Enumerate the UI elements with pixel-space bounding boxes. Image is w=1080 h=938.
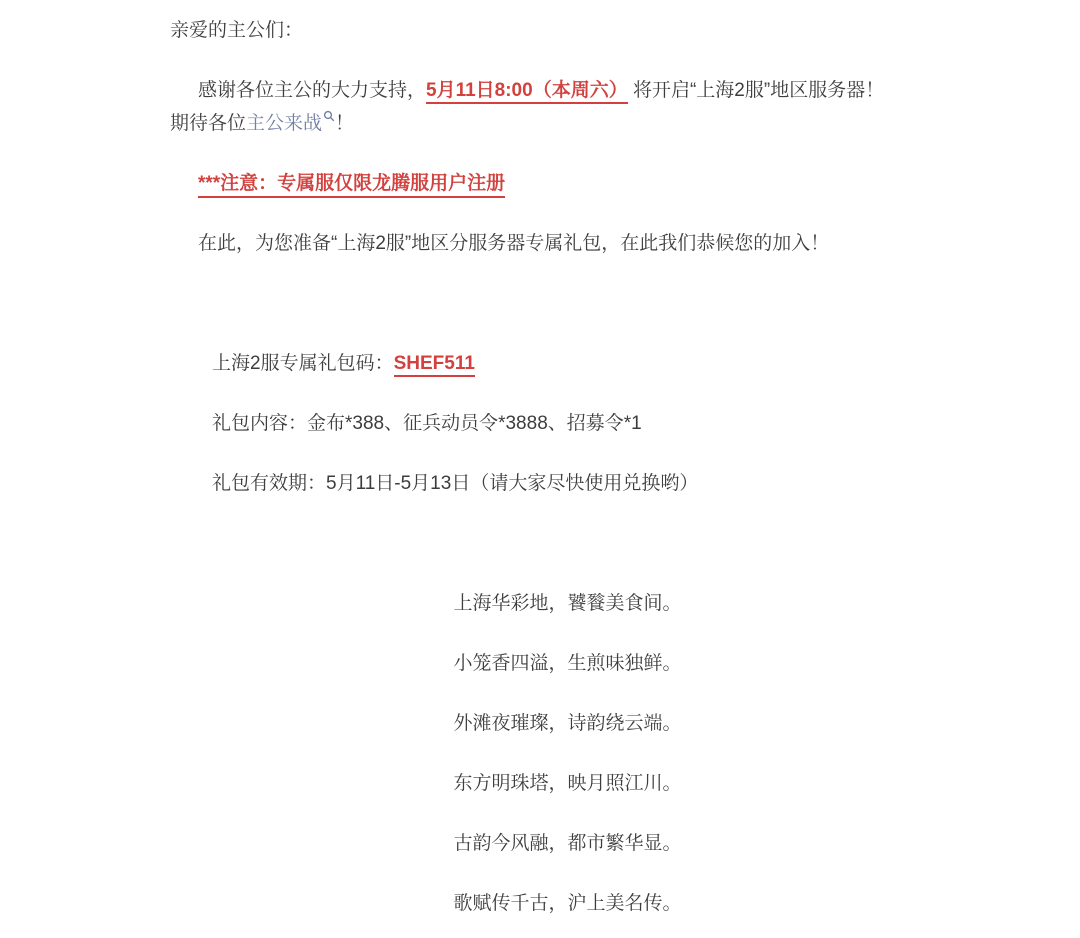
intro-line2-pre: 期待各位 — [170, 113, 246, 134]
gift-info-block: 上海2服专属礼包码：SHEF511 礼包内容：金布*388、征兵动员令*3888… — [212, 347, 965, 500]
prepare-paragraph: 在此，为您准备“上海2服”地区分服务器专属礼包，在此我们恭候您的加入！ — [170, 227, 965, 260]
gift-code-value: SHEF511 — [394, 353, 475, 377]
poem-line: 东方明珠塔，映月照江川。 — [170, 767, 965, 800]
gift-code-line: 上海2服专属礼包码：SHEF511 — [212, 347, 965, 380]
intro-line-2: 期待各位主公来战 ！ — [170, 107, 965, 140]
notice-paragraph: ***注意：专属服仅限龙腾服用户注册 — [170, 167, 965, 200]
spacer — [170, 527, 965, 560]
gift-validity-line: 礼包有效期：5月11日-5月13日（请大家尽快使用兑换哟） — [212, 467, 965, 500]
intro-paragraph: 感谢各位主公的大力支持，5月11日8:00（本周六） 将开启“上海2服”地区服务… — [170, 74, 965, 140]
intro-text-post: 将开启“上海2服”地区服务器！ — [628, 80, 885, 101]
gift-code-label: 上海2服专属礼包码： — [212, 353, 394, 374]
spacer — [170, 287, 965, 320]
announcement-body: 亲爱的主公们： 感谢各位主公的大力支持，5月11日8:00（本周六） 将开启“上… — [0, 0, 965, 920]
magnifier-icon[interactable] — [323, 110, 335, 122]
greeting-line: 亲爱的主公们： — [170, 14, 965, 47]
poem-line: 古韵今风融，都市繁华显。 — [170, 827, 965, 860]
poem-line: 小笼香四溢，生煎味独鲜。 — [170, 647, 965, 680]
gift-content-line: 礼包内容：金布*388、征兵动员令*3888、招募令*1 — [212, 407, 965, 440]
poem-line: 歌赋传千古，沪上美名传。 — [170, 887, 965, 920]
poem-block: 上海华彩地，饕餮美食间。 小笼香四溢，生煎味独鲜。 外滩夜璀璨，诗韵绕云端。 东… — [170, 587, 965, 920]
intro-line-1: 感谢各位主公的大力支持，5月11日8:00（本周六） 将开启“上海2服”地区服务… — [170, 74, 965, 107]
poem-line: 外滩夜璀璨，诗韵绕云端。 — [170, 707, 965, 740]
poem-line: 上海华彩地，饕餮美食间。 — [170, 587, 965, 620]
come-to-battle-link[interactable]: 主公来战 — [246, 113, 322, 134]
intro-line2-post: ！ — [335, 113, 354, 134]
intro-text-pre: 感谢各位主公的大力支持， — [198, 80, 426, 101]
notice-text: ***注意：专属服仅限龙腾服用户注册 — [198, 173, 505, 198]
open-date-highlight: 5月11日8:00（本周六） — [426, 80, 628, 104]
